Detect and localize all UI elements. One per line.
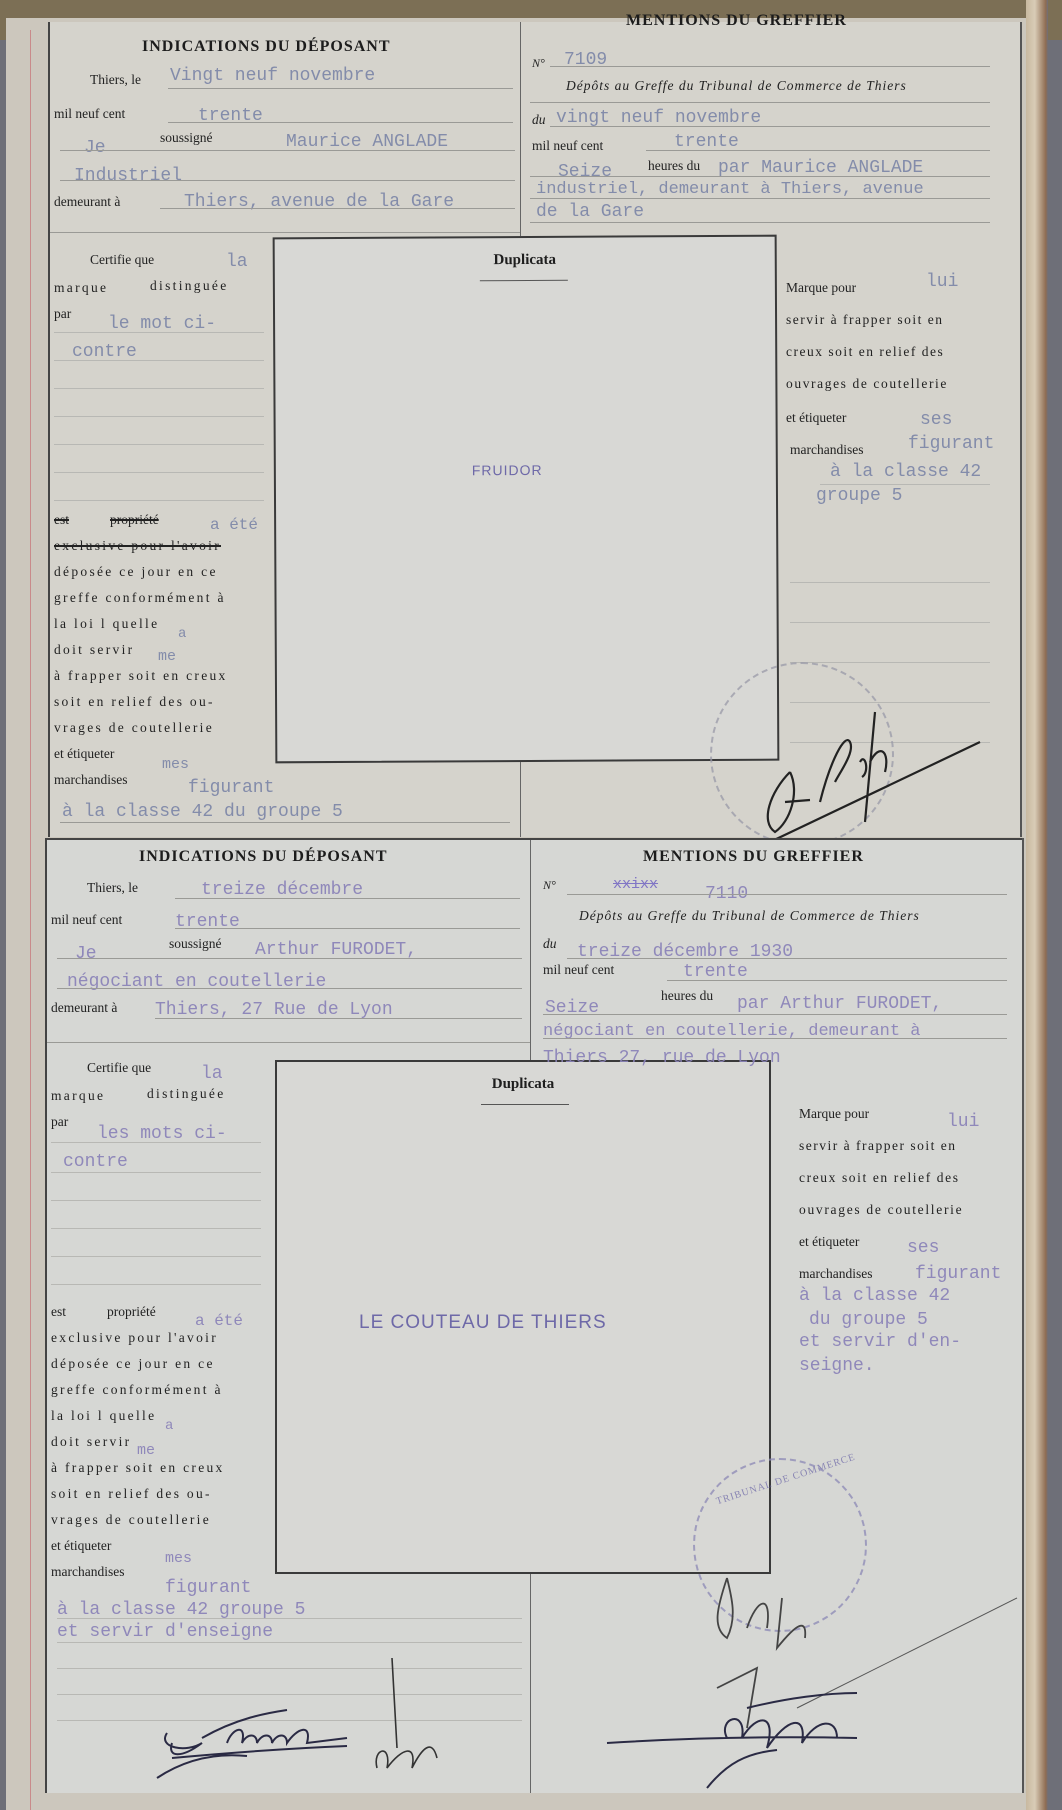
rule (567, 894, 1007, 895)
du-label: du (532, 112, 546, 128)
rule (155, 1018, 522, 1019)
je-value: Je (75, 944, 97, 964)
lui-value: lui (947, 1112, 979, 1132)
mark-desc-line2: contre (72, 342, 137, 362)
rule (530, 102, 990, 103)
year-label: mil neuf cent (532, 138, 603, 154)
rule (54, 472, 264, 473)
body-line: vrages de coutellerie (51, 1512, 211, 1528)
year-value: trente (674, 132, 739, 152)
hour-value: Seize (545, 998, 599, 1018)
body-line: déposée ce jour en ce (51, 1356, 215, 1372)
duplicata-title: Duplicata (275, 251, 775, 271)
mes-value: mes (165, 1550, 192, 1567)
address-value: Thiers, 27 Rue de Lyon (155, 1000, 393, 1020)
body-line: et étiqueter (54, 746, 114, 762)
distinguee-label: distinguée (147, 1086, 226, 1102)
classe-line1: à la classe 42 (799, 1286, 950, 1306)
rule (51, 1228, 261, 1229)
marque-line: et étiqueter (786, 410, 846, 426)
rule (60, 180, 515, 181)
rule (51, 1284, 261, 1285)
rule (54, 416, 264, 417)
enseigne-line1: et servir d'en- (799, 1332, 961, 1352)
deposant-signature (147, 1688, 447, 1798)
greffier-title: MENTIONS DU GREFFIER (643, 848, 864, 866)
rule (550, 66, 990, 67)
duplicata-box: Duplicata LE COUTEAU DE THIERS (275, 1060, 771, 1574)
rule (54, 360, 264, 361)
par-label: par (51, 1114, 68, 1130)
marque-line: Marque pour (799, 1106, 869, 1122)
by-line3: Thiers 27, rue de Lyon (543, 1048, 781, 1068)
du-label: du (543, 936, 557, 952)
rule (168, 88, 513, 89)
address-label: demeurant à (54, 194, 120, 210)
by-line1: par Arthur FURODET, (737, 994, 942, 1014)
rule (790, 622, 990, 623)
body-line: doit servir (54, 642, 254, 658)
rule (54, 388, 264, 389)
rule (57, 988, 522, 989)
greffier-signature (687, 1538, 1017, 1798)
body-line: à frapper soit en creux (54, 668, 228, 684)
date-value: treize décembre (201, 880, 363, 900)
rule (820, 484, 990, 485)
me-value: me (137, 1442, 155, 1459)
by-line2: industriel, demeurant à Thiers, avenue (536, 180, 924, 199)
rule (54, 500, 264, 501)
name-value: Maurice ANGLADE (286, 132, 448, 152)
marque-line: marchandises (790, 442, 863, 458)
rule (54, 332, 264, 333)
par-label: par (54, 306, 71, 322)
place-label: Thiers, le (87, 880, 138, 896)
marque-line: ouvrages de coutellerie (799, 1202, 963, 1218)
rule (567, 958, 1007, 959)
body-line: greffe conformément à (54, 590, 226, 606)
rule (57, 1668, 522, 1669)
depots-label: Dépôts au Greffe du Tribunal de Commerce… (579, 908, 920, 924)
propriete-label: propriété (110, 512, 159, 528)
certifie-label: Certifie que (90, 252, 154, 268)
greffier-signature (750, 682, 1010, 842)
marque-label: marque (54, 280, 108, 296)
marque-label: marque (51, 1088, 105, 1104)
article-value: la (201, 1064, 223, 1084)
classe-line2: du groupe 5 (809, 1310, 928, 1330)
profession-value: négociant en coutellerie (67, 972, 326, 992)
body-line: vrages de coutellerie (54, 720, 214, 736)
body-line: soit en relief des ou- (54, 694, 215, 710)
marque-line: marchandises (799, 1266, 872, 1282)
enseigne-line2: seigne. (799, 1356, 875, 1376)
name-value: Arthur FURODET, (255, 940, 417, 960)
body-line: marchandises (51, 1564, 124, 1580)
heures-label: heures du (648, 158, 700, 174)
a-value: a (165, 1418, 173, 1434)
body-line: la loi l quelle (54, 616, 159, 632)
rule (530, 222, 990, 223)
classe-line1: à la classe 42 (830, 462, 981, 482)
ses-value: ses (907, 1238, 939, 1258)
classe-line2: groupe 5 (816, 486, 902, 506)
rule (57, 1618, 522, 1619)
rule (168, 122, 513, 123)
heures-label: heures du (661, 988, 713, 1004)
year-label: mil neuf cent (543, 962, 614, 978)
rule (646, 150, 990, 151)
date-value: Vingt neuf novembre (170, 66, 375, 86)
rule (51, 1172, 261, 1173)
body-line: doit servir (51, 1434, 131, 1450)
rule (51, 1142, 261, 1143)
trademark-deposit-form-1: INDICATIONS DU DÉPOSANT Thiers, le Vingt… (48, 22, 1022, 837)
duplicata-underline (480, 280, 568, 281)
body-line: la loi l quelle (51, 1408, 156, 1424)
greffier-title: MENTIONS DU GREFFIER (626, 12, 847, 30)
marque-line: Marque pour (786, 280, 856, 296)
rule (550, 126, 990, 127)
numero-struck: xxixx (613, 876, 658, 893)
year-value: trente (175, 912, 240, 932)
profession-value: Industriel (74, 166, 182, 186)
figurant-value: figurant (915, 1264, 1001, 1284)
rule (57, 1642, 522, 1643)
certifie-label: Certifie que (87, 1060, 151, 1076)
mark-desc-line1: le mot ci- (108, 314, 216, 334)
rule (543, 1038, 1007, 1039)
page-edge (1026, 0, 1048, 1810)
year-value: trente (683, 962, 748, 982)
body-line: déposée ce jour en ce (54, 564, 218, 580)
rule (47, 1042, 530, 1043)
body-line: soit en relief des ou- (51, 1486, 212, 1502)
est-label: est (51, 1304, 66, 1320)
numero-label: N° (543, 878, 556, 893)
numero-value: 7109 (564, 50, 607, 70)
marque-line: et étiqueter (799, 1234, 859, 1250)
address-value: Thiers, avenue de la Gare (184, 192, 454, 212)
mark-desc-line2: contre (63, 1152, 128, 1172)
trademark-stamp: FRUIDOR (472, 462, 543, 478)
deposant-title: INDICATIONS DU DÉPOSANT (142, 38, 391, 56)
place-label: Thiers, le (90, 72, 141, 88)
soussigne-label: soussigné (160, 130, 213, 146)
marque-line: ouvrages de coutellerie (786, 376, 948, 392)
trademark-deposit-form-2: INDICATIONS DU DÉPOSANT Thiers, le treiz… (45, 838, 1024, 1793)
lui-value: lui (926, 272, 958, 292)
rule (57, 958, 522, 959)
duplicata-box: Duplicata FRUIDOR (273, 235, 780, 764)
date-value: vingt neuf novembre (556, 108, 761, 128)
rule (54, 444, 264, 445)
marque-line: servir à frapper soit en (799, 1138, 956, 1154)
by-line1: par Maurice ANGLADE (718, 158, 923, 178)
duplicata-title: Duplicata (277, 1076, 769, 1093)
body-line: marchandises (54, 772, 127, 788)
rule (667, 980, 1007, 981)
rule (50, 232, 520, 233)
marque-line: creux soit en relief des (786, 344, 944, 360)
date-value: treize décembre 1930 (577, 942, 793, 962)
by-line3: de la Gare (536, 202, 644, 222)
rule (543, 1014, 1007, 1015)
est-label: est (54, 512, 69, 528)
duplicata-underline (481, 1104, 569, 1105)
classe-value: à la classe 42 du groupe 5 (62, 802, 343, 822)
year-label: mil neuf cent (54, 106, 125, 122)
trademark-stamp: LE COUTEAU DE THIERS (359, 1312, 607, 1334)
rule (60, 822, 510, 823)
rule (530, 198, 990, 199)
exclusive-line: exclusive pour l'avoir (51, 1330, 218, 1346)
body-line: à frapper soit en creux (51, 1460, 225, 1476)
address-label: demeurant à (51, 1000, 117, 1016)
rule (530, 176, 990, 177)
deposant-title: INDICATIONS DU DÉPOSANT (139, 848, 388, 866)
rule (175, 898, 520, 899)
mark-desc-line1: les mots ci- (97, 1124, 227, 1144)
depots-label: Dépôts au Greffe du Tribunal de Commerce… (566, 78, 907, 94)
rule (60, 150, 515, 151)
rule (175, 928, 520, 929)
rule (160, 208, 515, 209)
je-value: Je (84, 138, 106, 158)
enseigne-value: et servir d'enseigne (57, 1622, 273, 1642)
a-ete-value: a été (195, 1312, 243, 1330)
year-label: mil neuf cent (51, 912, 122, 928)
figurant-value: figurant (165, 1578, 251, 1598)
me-value: me (158, 648, 176, 665)
propriete-label: propriété (107, 1304, 156, 1320)
figurant-value: figurant (188, 778, 274, 798)
red-margin-line (30, 30, 31, 1810)
marque-line: servir à frapper soit en (786, 312, 943, 328)
body-line: greffe conformément à (51, 1382, 223, 1398)
numero-label: N° (532, 56, 545, 71)
classe-value: à la classe 42 groupe 5 (57, 1600, 305, 1620)
soussigne-label: soussigné (169, 936, 222, 952)
rule (790, 582, 990, 583)
figurant-value: figurant (908, 434, 994, 454)
rule (51, 1200, 261, 1201)
hour-value: Seize (558, 162, 612, 182)
year-value: trente (198, 106, 263, 126)
exclusive-line: exclusive pour l'avoir (54, 538, 221, 554)
article-value: la (226, 252, 248, 272)
body-line: et étiqueter (51, 1538, 111, 1554)
a-ete-value: a été (210, 516, 258, 534)
mes-value: mes (162, 756, 189, 773)
a-value: a (178, 626, 186, 642)
marque-line: creux soit en relief des (799, 1170, 960, 1186)
form-top-border (47, 838, 1022, 840)
rule (51, 1256, 261, 1257)
ses-value: ses (920, 410, 952, 430)
distinguee-label: distinguée (150, 278, 229, 294)
